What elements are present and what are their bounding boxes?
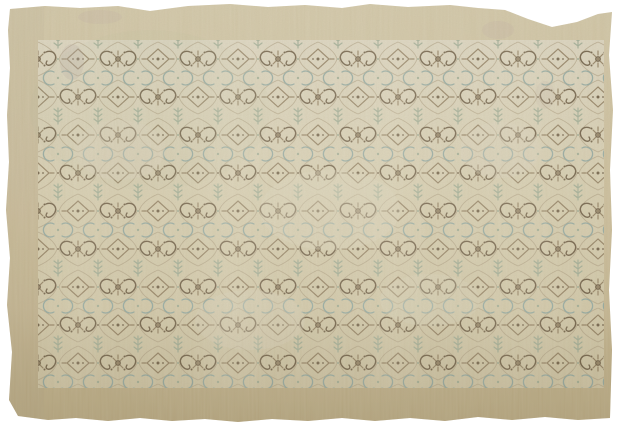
rug xyxy=(0,0,620,427)
grain-texture xyxy=(0,0,620,427)
rug-photo xyxy=(0,0,620,427)
rug-illustration xyxy=(0,0,620,427)
